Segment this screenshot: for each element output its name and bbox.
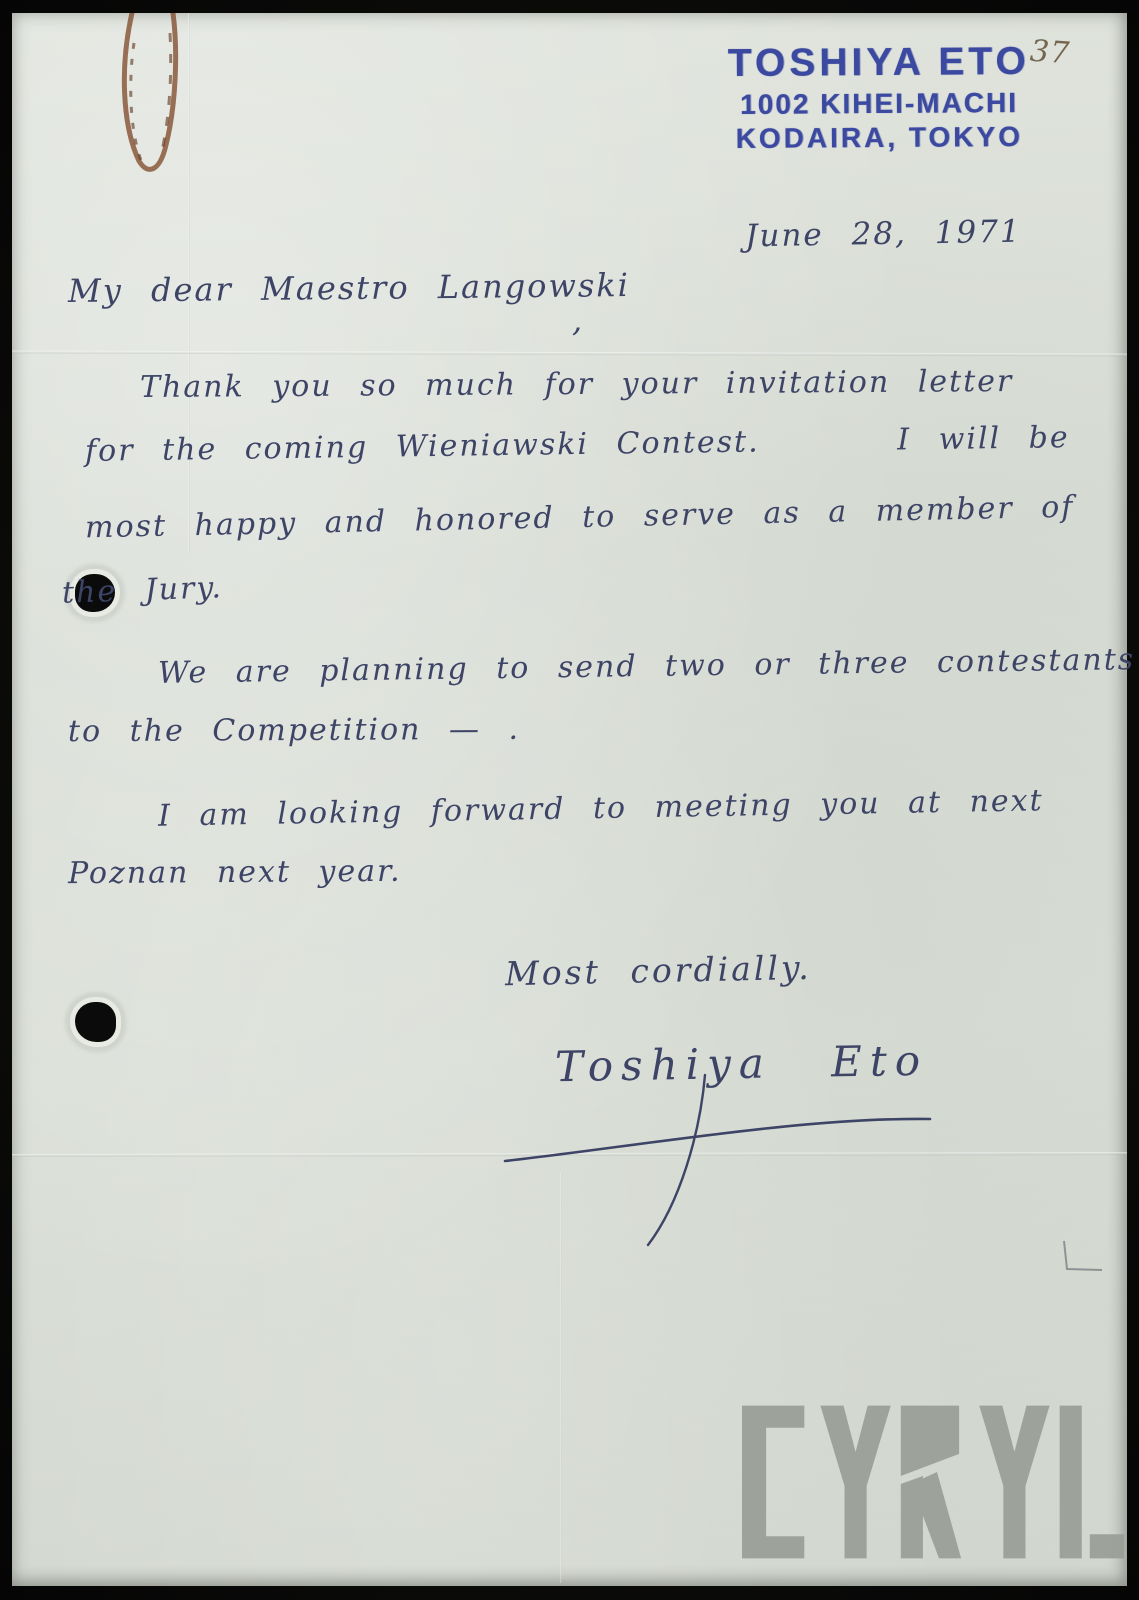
- salutation: My dear Maestro Langowski: [68, 266, 630, 310]
- cyryl-watermark: CYRYL: [742, 1402, 1126, 1562]
- body-line: the Jury.: [61, 570, 223, 611]
- letter-C: [742, 1406, 804, 1559]
- punch-hole-bottom: [75, 1002, 116, 1042]
- salutation-comma: ,: [572, 301, 584, 339]
- stray-ink-mark: [1064, 1241, 1102, 1270]
- fold-crease-horizontal-bottom: [12, 1152, 1127, 1157]
- body-line: most happy and honored to serve as a mem…: [85, 490, 1075, 546]
- body-line: to the Competition — .: [68, 712, 520, 749]
- body-line: We are planning to send two or three con…: [158, 642, 1136, 691]
- letter-Y1: [820, 1406, 890, 1559]
- archive-page-number: 37: [1029, 34, 1072, 72]
- cyryl-watermark-glyphs: [742, 1402, 1126, 1562]
- letterhead-address-line2: KODAIRA, TOKYO: [718, 121, 1040, 155]
- body-line: Poznan next year.: [68, 854, 402, 891]
- closing: Most cordially.: [505, 948, 812, 993]
- letterhead-address-line1: 1002 KIHEI-MACHI: [718, 87, 1040, 121]
- letter-R: [901, 1406, 961, 1559]
- letter-date: June 28, 1971: [745, 214, 1022, 255]
- letter-page: TOSHIYA ETO 1002 KIHEI-MACHI KODAIRA, TO…: [12, 13, 1127, 1586]
- signature: Toshiya Eto: [555, 1036, 929, 1092]
- letterhead-name: TOSHIYA ETO: [718, 42, 1040, 83]
- fold-crease-horizontal-top: [12, 351, 1127, 357]
- body-line: Thank you so much for your invitation le…: [140, 364, 1014, 405]
- fold-crease-vertical-bottom: [560, 1173, 562, 1583]
- letterhead-stamp: TOSHIYA ETO 1002 KIHEI-MACHI KODAIRA, TO…: [718, 42, 1041, 156]
- body-line: for the coming Wieniawski Contest. I wil…: [85, 420, 1070, 469]
- letter-L: [1060, 1406, 1124, 1559]
- letter-Y2: [979, 1406, 1049, 1559]
- body-line: I am looking forward to meeting you at n…: [158, 783, 1044, 833]
